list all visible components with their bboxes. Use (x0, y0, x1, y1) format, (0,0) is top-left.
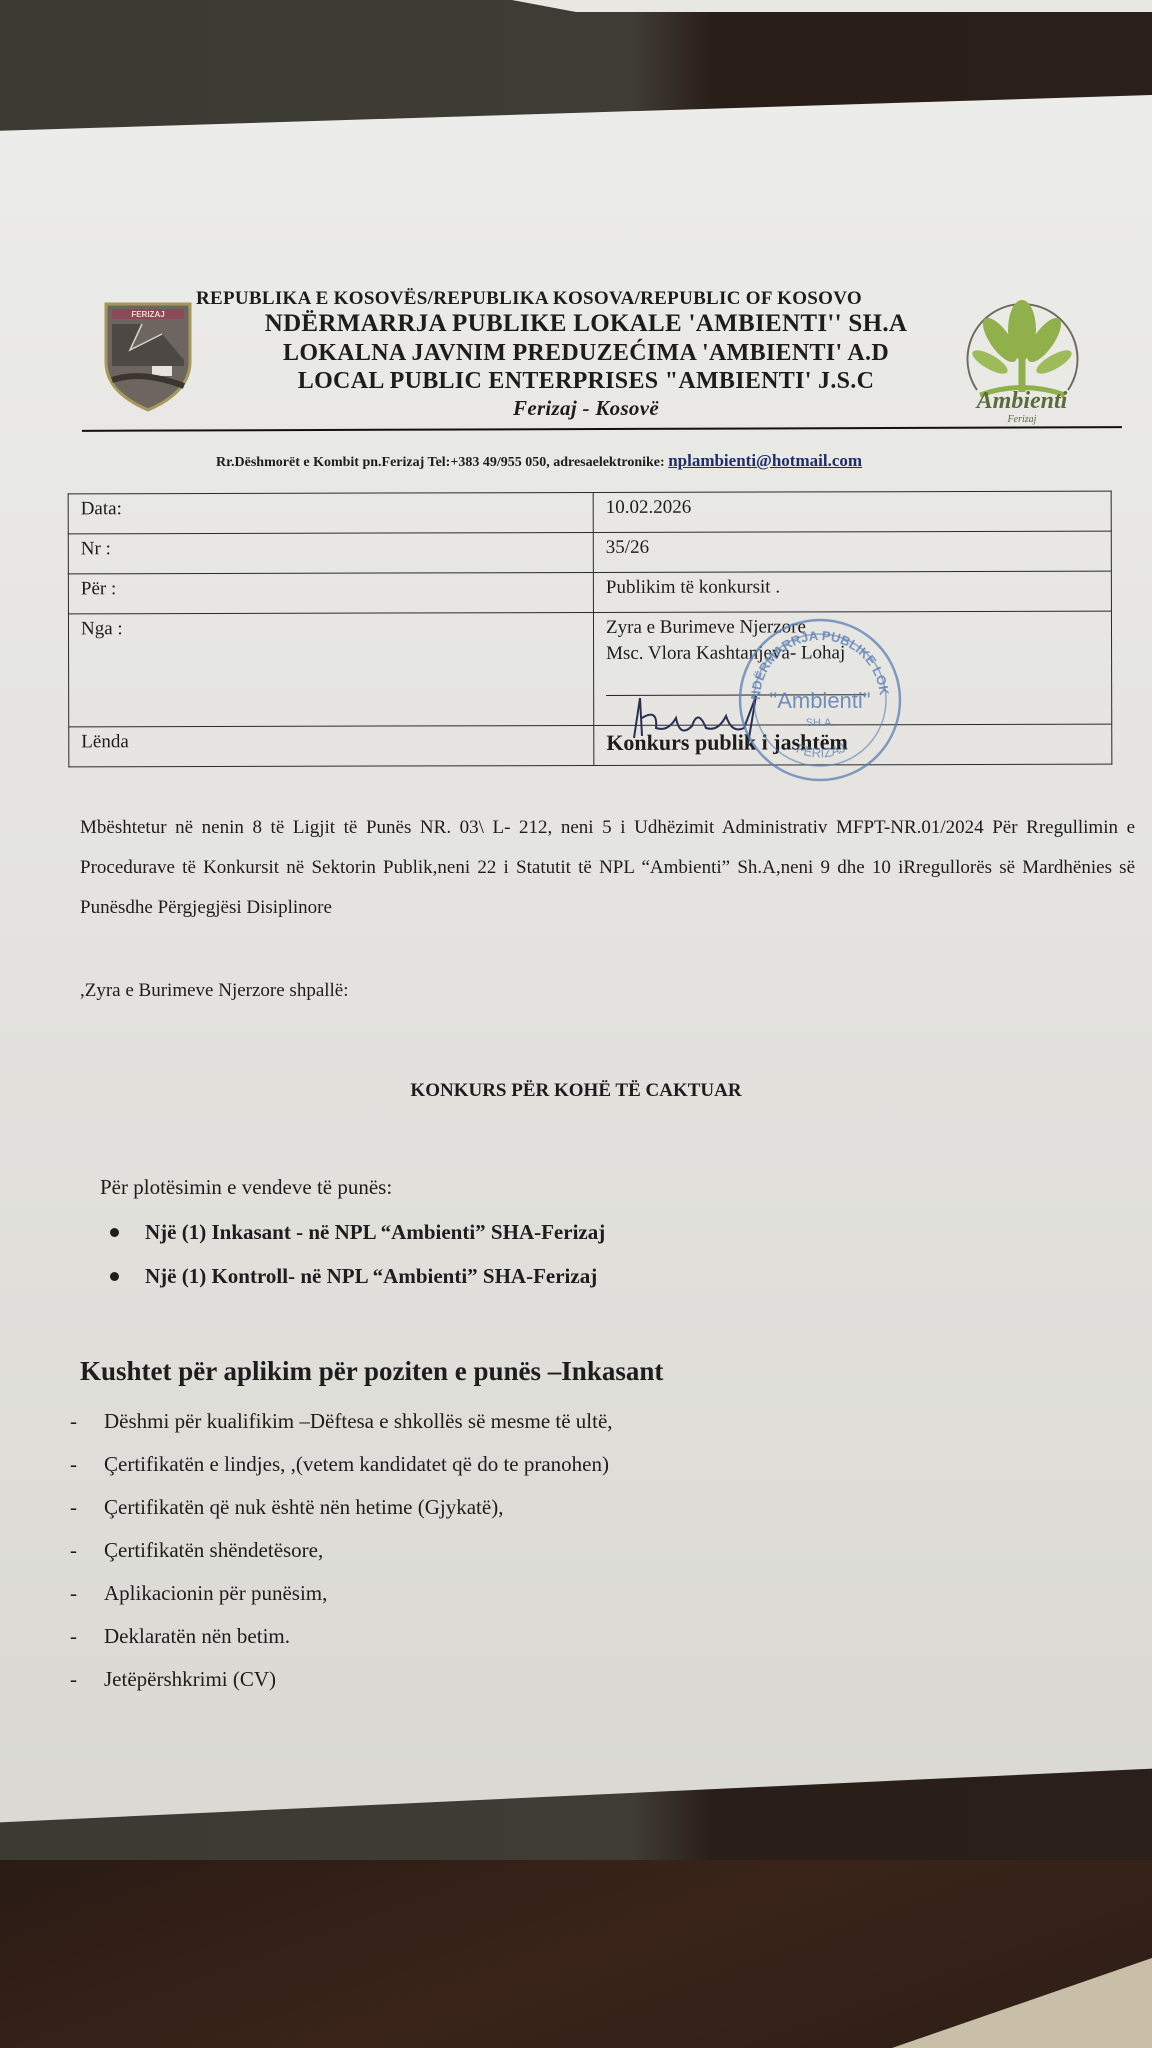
header-org-serbian: LOKALNA JAVNIM PREDUZEĆIMA 'AMBIENTI' A.… (196, 340, 976, 367)
position-kontroll: Një (1) Kontroll- në NPL “Ambienti” SHA-… (145, 1264, 597, 1289)
number-value: 35/26 (593, 531, 1111, 572)
positions-intro: Për plotësimin e vendeve të punës: (100, 1175, 392, 1200)
memo-info-table: Data: 10.02.2026 Nr : 35/26 Për : Publik… (68, 491, 1113, 768)
table-row-date: Data: 10.02.2026 (68, 491, 1111, 534)
dash-bullet: - (70, 1538, 104, 1563)
requirements-list: -Dëshmi për kualifikim –Dëftesa e shkoll… (70, 1400, 613, 1701)
address-line: Rr.Dëshmorët e Kombit pn.Ferizaj Tel:+38… (216, 451, 862, 471)
requirement-text: Çertifikatën që nuk është nën hetime (Gj… (104, 1495, 503, 1520)
dash-bullet: - (70, 1624, 104, 1649)
requirement-text: Dëshmi për kualifikim –Dëftesa e shkollë… (104, 1409, 613, 1434)
legal-basis-paragraph: Mbështetur në nenin 8 të Ligjit të Punës… (80, 808, 1135, 928)
bullet-icon (110, 1272, 119, 1281)
list-item: -Çertifikatën që nuk është nën hetime (G… (70, 1486, 613, 1529)
header-org-albanian: NDËRMARRJA PUBLIKE LOKALE 'AMBIENTI'' SH… (196, 310, 976, 338)
positions-list: Një (1) Inkasant - në NPL “Ambienti” SHA… (110, 1210, 605, 1298)
list-item: -Deklaratën nën betim. (70, 1615, 613, 1658)
svg-text:FERIZAJ: FERIZAJ (794, 740, 848, 761)
header-country-line: REPUBLIKA E KOSOVËS/REPUBLIKA KOSOVA/REP… (196, 288, 976, 310)
position-inkasant: Një (1) Inkasant - në NPL “Ambienti” SHA… (145, 1220, 605, 1245)
number-label: Nr : (68, 532, 593, 573)
address-text: Rr.Dëshmorët e Kombit pn.Ferizaj Tel:+38… (216, 455, 668, 470)
official-stamp-icon: NDËRMARRJA PUBLIKE LOKALE "Ambienti" SH.… (736, 616, 904, 784)
announcement-line: ,Zyra e Burimeve Njerzore shpallë: (80, 980, 349, 1002)
dash-bullet: - (70, 1581, 104, 1606)
requirement-text: Çertifikatën e lindjes, ,(vetem kandidat… (104, 1452, 609, 1477)
list-item: Një (1) Inkasant - në NPL “Ambienti” SHA… (110, 1210, 605, 1254)
requirement-text: Aplikacionin për punësim, (104, 1581, 327, 1606)
svg-text:Ferizaj: Ferizaj (1007, 414, 1037, 425)
list-item: -Jetëpërshkrimi (CV) (70, 1658, 613, 1701)
requirement-text: Jetëpërshkrimi (CV) (104, 1667, 276, 1692)
table-row-subject: Lënda Konkurs publik i jashtëm (69, 724, 1112, 767)
background-paper-sheet (512, 0, 1152, 12)
header-org-english: LOCAL PUBLIC ENTERPRISES "AMBIENTI' J.S.… (196, 368, 976, 395)
from-label: Nga : (68, 612, 593, 726)
requirement-text: Deklaratën nën betim. (104, 1624, 290, 1649)
list-item: Një (1) Kontroll- në NPL “Ambienti” SHA-… (110, 1254, 605, 1298)
for-label: Për : (68, 572, 593, 613)
svg-text:"Ambienti": "Ambienti" (769, 688, 870, 713)
list-item: -Dëshmi për kualifikim –Dëftesa e shkoll… (70, 1400, 613, 1443)
requirements-heading: Kushtet për aplikim për poziten e punës … (80, 1356, 663, 1387)
competition-title: KONKURS PËR KOHË TË CAKTUAR (0, 1080, 1152, 1102)
header-location: Ferizaj - Kosovë (196, 396, 976, 421)
list-item: -Çertifikatën e lindjes, ,(vetem kandida… (70, 1443, 613, 1486)
dash-bullet: - (70, 1409, 104, 1434)
list-item: -Aplikacionin për punësim, (70, 1572, 613, 1615)
table-row-from: Nga : Zyra e Burimeve Njerzore Msc. Vlor… (68, 611, 1111, 727)
ambienti-tree-logo-icon: Ambienti Ferizaj (955, 280, 1090, 425)
table-row-for: Për : Publikim të konkursit . (68, 571, 1111, 614)
dash-bullet: - (70, 1667, 104, 1692)
dash-bullet: - (70, 1495, 104, 1520)
list-item: -Çertifikatën shëndetësore, (70, 1529, 613, 1572)
svg-text:SH.A.: SH.A. (806, 717, 835, 729)
for-value: Publikim të konkursit . (593, 571, 1111, 612)
svg-text:FERIZAJ: FERIZAJ (131, 310, 164, 319)
svg-text:Ambienti: Ambienti (975, 388, 1068, 414)
requirement-text: Çertifikatën shëndetësore, (104, 1538, 323, 1563)
ferizaj-crest-icon: FERIZAJ (102, 300, 194, 412)
email-link[interactable]: nplambienti@hotmail.com (668, 451, 862, 470)
date-label: Data: (68, 492, 593, 533)
bullet-icon (110, 1228, 119, 1237)
date-value: 10.02.2026 (593, 491, 1111, 532)
table-row-number: Nr : 35/26 (68, 531, 1111, 574)
subject-label: Lënda (69, 725, 594, 766)
dash-bullet: - (70, 1452, 104, 1477)
